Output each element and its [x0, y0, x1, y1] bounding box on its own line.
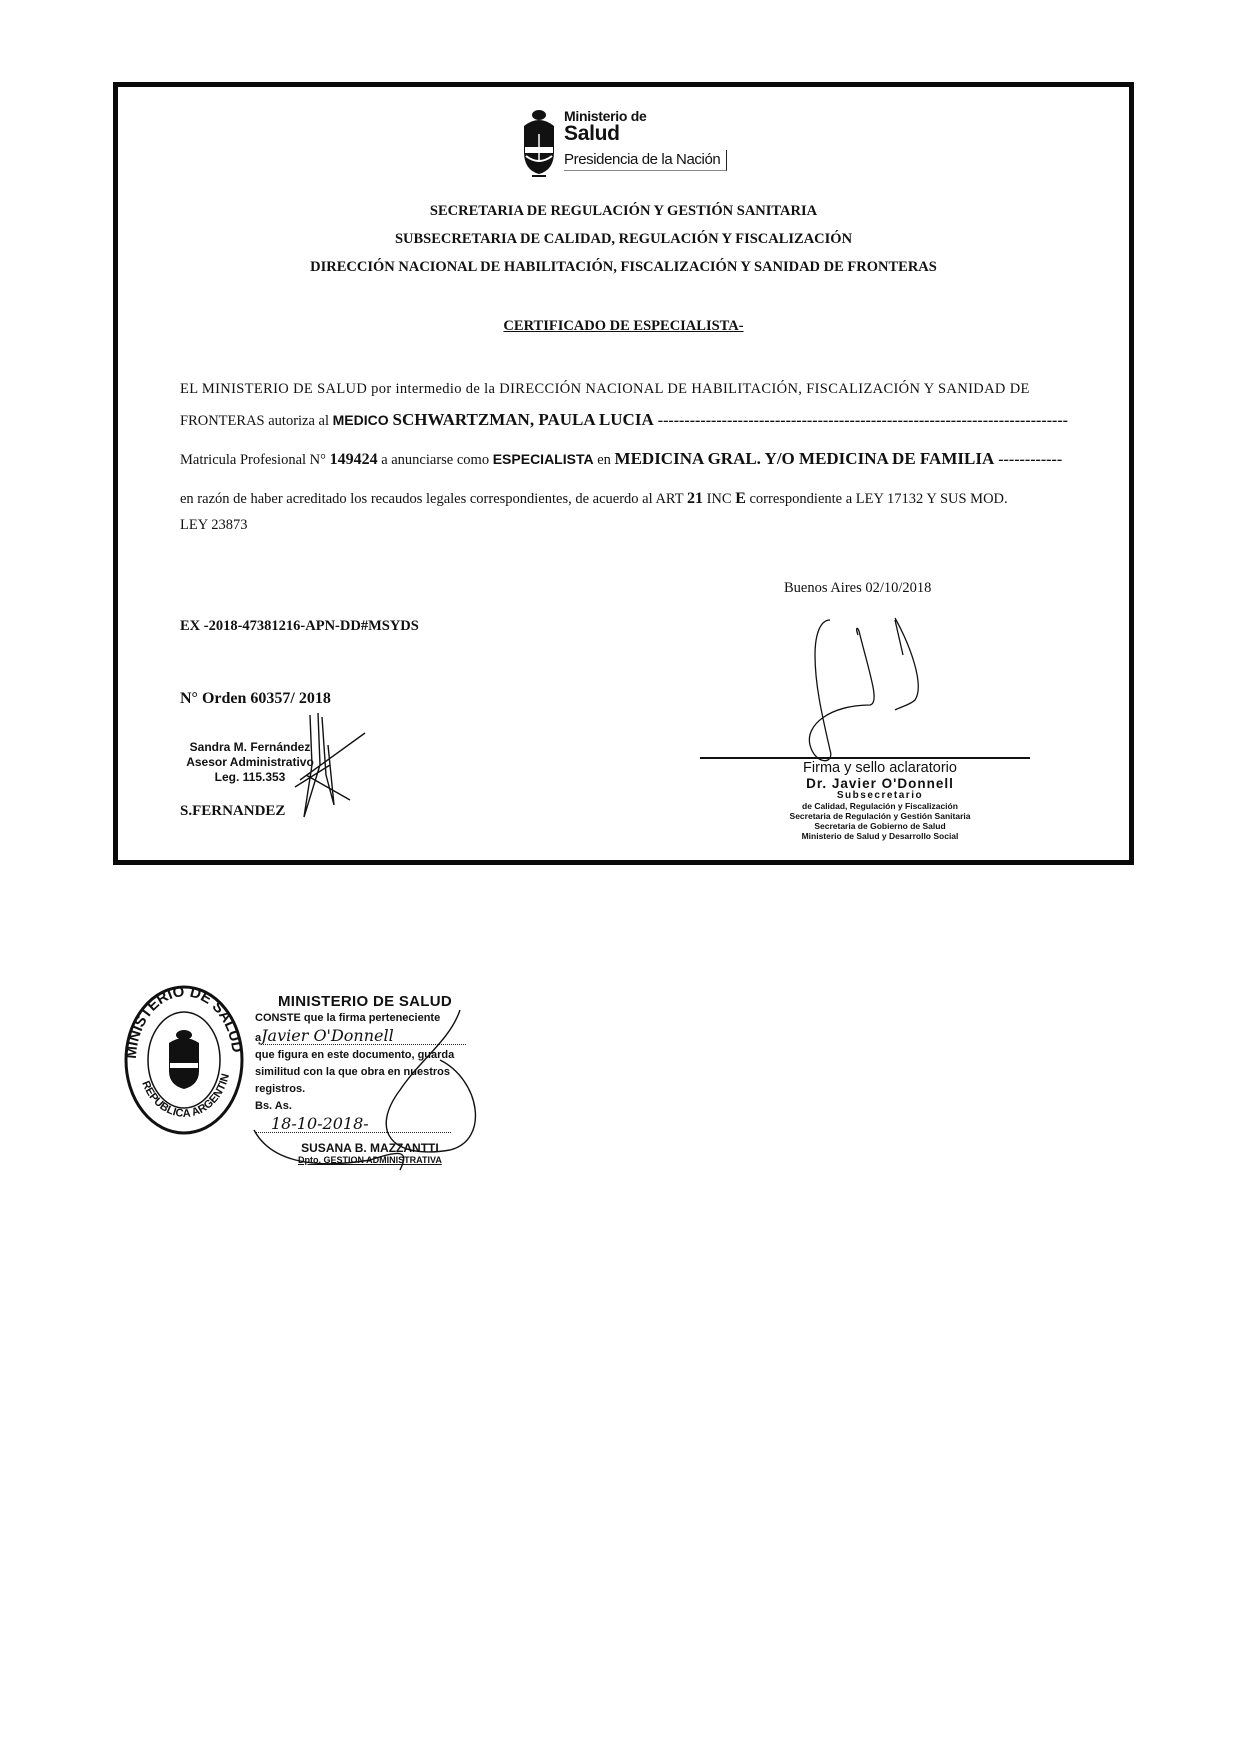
matricula-label: Matricula Profesional N°	[180, 452, 330, 468]
inc-label: INC	[703, 491, 735, 507]
logo-line3: Presidencia de la Nación	[564, 150, 727, 171]
body-line-2: FRONTERAS autoriza al MEDICO SCHWARTZMAN…	[180, 410, 1068, 430]
cert-stamp-department: Dpto. GESTION ADMINISTRATIVA	[298, 1155, 442, 1165]
heading-subsecretaria: SUBSECRETARIA DE CALIDAD, REGULACIÓN Y F…	[118, 231, 1129, 248]
announce-text: a anunciarse como	[378, 452, 493, 468]
article-number: 21	[687, 490, 703, 507]
filler-dashes: ----------------------------------------…	[654, 412, 1068, 429]
ministry-logo: Ministerio de Salud Presidencia de la Na…	[520, 100, 740, 185]
role-text: MEDICO	[333, 412, 393, 428]
legal-text: en razón de haber acreditado los recaudo…	[180, 491, 687, 507]
body-line-3: Matricula Profesional N° 149424 a anunci…	[180, 449, 1062, 469]
matricula-number: 149424	[330, 451, 378, 468]
right-signatory-line: de Calidad, Regulación y Fiscalización	[770, 801, 990, 811]
heading-direccion: DIRECCIÓN NACIONAL DE HABILITACIÓN, FISC…	[118, 259, 1129, 276]
expediente-number: EX -2018-47381216-APN-DD#MSYDS	[180, 618, 419, 635]
logo-line2: Salud	[564, 122, 620, 146]
right-signatory-stamp: Firma y sello aclaratorio Dr. Javier O'D…	[770, 760, 990, 841]
right-signature	[800, 615, 940, 765]
certificate-title: CERTIFICADO DE ESPECIALISTA-	[118, 318, 1129, 335]
left-signature	[290, 705, 370, 825]
inc-letter: E	[735, 490, 746, 507]
doctor-name: SCHWARTZMAN, PAULA LUCIA	[393, 410, 654, 429]
signature-caption: Firma y sello aclaratorio	[770, 760, 990, 776]
left-signatory-short: S.FERNANDEZ	[180, 803, 285, 820]
body-line-5: LEY 23873	[180, 517, 248, 534]
signature-line	[700, 757, 1030, 759]
heading-secretaria: SECRETARIA DE REGULACIÓN Y GESTIÓN SANIT…	[118, 203, 1129, 220]
right-signatory-line: Ministerio de Salud y Desarrollo Social	[770, 831, 990, 841]
cert-stamp-signer: SUSANA B. MAZZANTTI	[298, 1141, 442, 1155]
right-signatory-line: Secretaria de Regulación y Gestión Sanit…	[770, 811, 990, 821]
certificate-title-text: CERTIFICADO DE ESPECIALISTA-	[503, 318, 743, 334]
argentina-coat-of-arms-icon	[520, 104, 558, 180]
cert-stamp-footer: SUSANA B. MAZZANTTI Dpto. GESTION ADMINI…	[298, 1141, 442, 1165]
body-line-1: EL MINISTERIO DE SALUD por intermedio de…	[180, 381, 1030, 398]
right-signatory-line: Secretaria de Gobierno de Salud	[770, 821, 990, 831]
argentina-coat-of-arms-icon	[169, 1030, 199, 1089]
especialista-text: ESPECIALISTA	[493, 451, 594, 467]
body-line-4: en razón de haber acreditado los recaudo…	[180, 490, 1008, 508]
right-signatory-name: Dr. Javier O'Donnell	[770, 776, 990, 791]
right-signatory-title: Subsecretario	[770, 791, 990, 801]
place-date: Buenos Aires 02/10/2018	[784, 580, 931, 597]
filler-dashes-2: ------------	[994, 451, 1062, 468]
law-text: correspondiente a LEY 17132 Y SUS MOD.	[746, 491, 1008, 507]
specialty: MEDICINA GRAL. Y/O MEDICINA DE FAMILIA	[615, 449, 995, 468]
authorizes-text: FRONTERAS autoriza al	[180, 413, 333, 429]
en-text: en	[594, 452, 615, 468]
ministry-round-seal: MINISTERIO DE SALUD REPUBLICA ARGENTINA	[122, 983, 247, 1138]
